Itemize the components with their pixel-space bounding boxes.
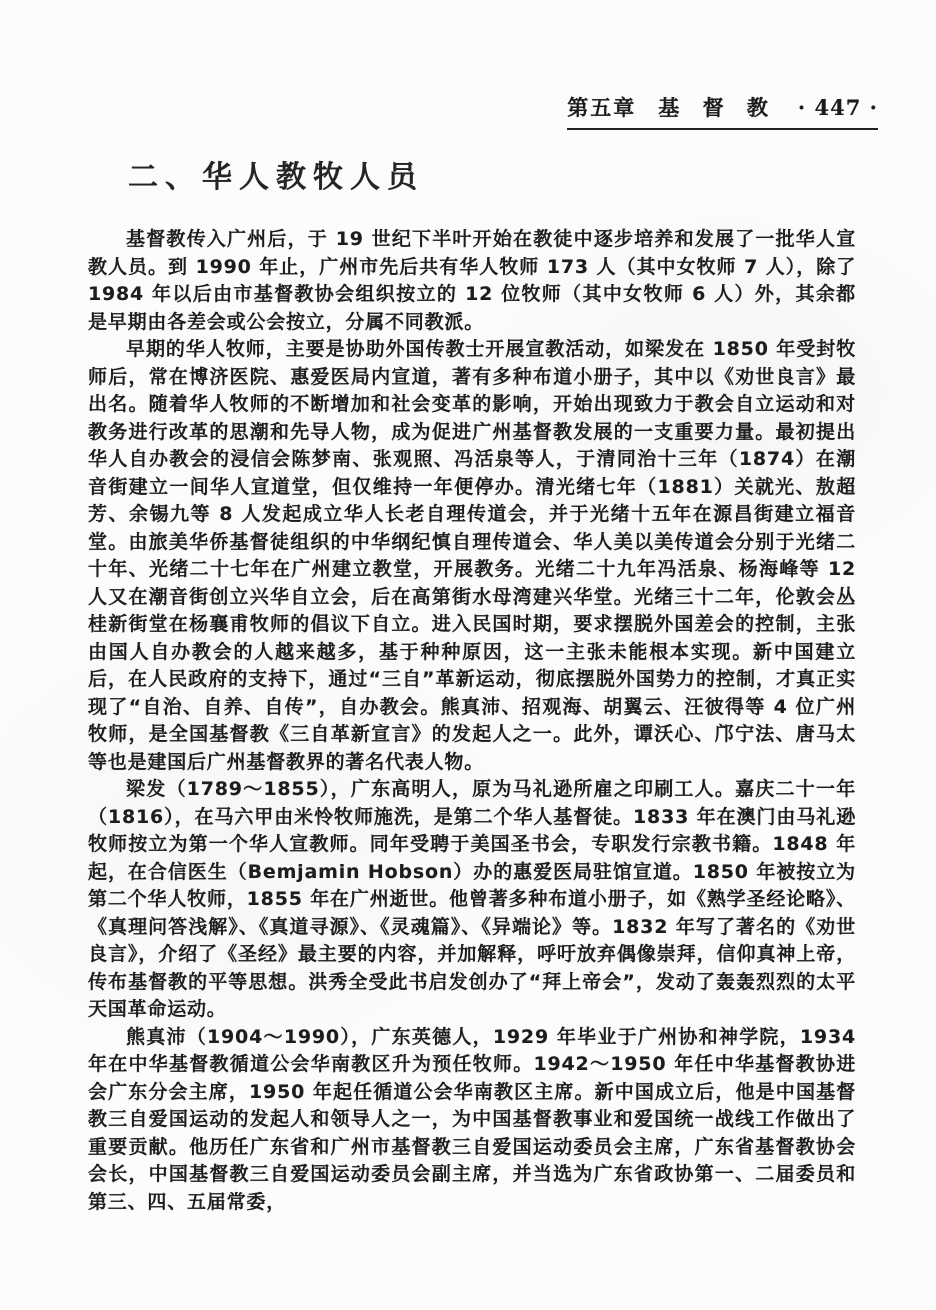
page-header: 第五章 基 督 教 · 447 · — [567, 92, 878, 130]
article-body: 基督教传入广州后，于 19 世纪下半叶开始在教徒中逐步培养和发展了一批华人宣教人… — [88, 226, 856, 1216]
paragraph-liang-fa: 梁发（1789～1855），广东高明人，原为马礼逊所雇之印刷工人。嘉庆二十一年（… — [88, 776, 856, 1024]
paragraph-intro: 基督教传入广州后，于 19 世纪下半叶开始在教徒中逐步培养和发展了一批华人宣教人… — [88, 226, 856, 336]
paragraph-xiong-zhenpei: 熊真沛（1904～1990），广东英德人，1929 年毕业于广州协和神学院，19… — [88, 1024, 856, 1217]
paragraph-early-pastors: 早期的华人牧师，主要是协助外国传教士开展宣教活动，如梁发在 1850 年受封牧师… — [88, 336, 856, 776]
section-title: 二、华人教牧人员 — [128, 152, 424, 196]
chapter-label: 第五章 — [567, 92, 636, 122]
page-number: · 447 · — [798, 95, 878, 120]
chapter-subject: 基 督 教 — [658, 92, 776, 122]
book-page: 第五章 基 督 教 · 447 · 二、华人教牧人员 基督教传入广州后，于 19… — [0, 0, 936, 1310]
